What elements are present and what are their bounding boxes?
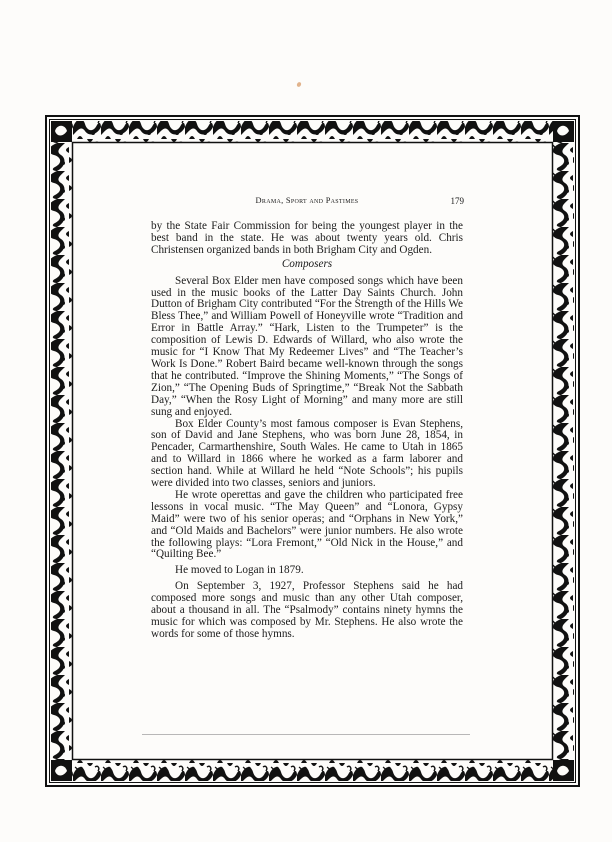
paragraph: by the State Fair Commission for being t… (151, 221, 463, 257)
paragraph: He wrote operettas and gave the children… (151, 490, 463, 561)
section-heading: Composers (151, 259, 463, 271)
paragraph: Several Box Elder men have composed song… (151, 276, 463, 419)
page-number: 179 (451, 196, 465, 206)
running-head: Drama, Sport and Pastimes (150, 196, 464, 205)
paragraph: On September 3, 1927, Professor Stephens… (151, 581, 463, 641)
page-header: Drama, Sport and Pastimes 179 (150, 196, 464, 210)
paragraph: He moved to Logan in 1879. (151, 565, 463, 577)
paper-stain (296, 81, 302, 87)
body-text: by the State Fair Commission for being t… (151, 221, 463, 641)
paragraph: Box Elder County’s most famous composer … (151, 419, 463, 490)
bottom-rule (142, 734, 470, 735)
